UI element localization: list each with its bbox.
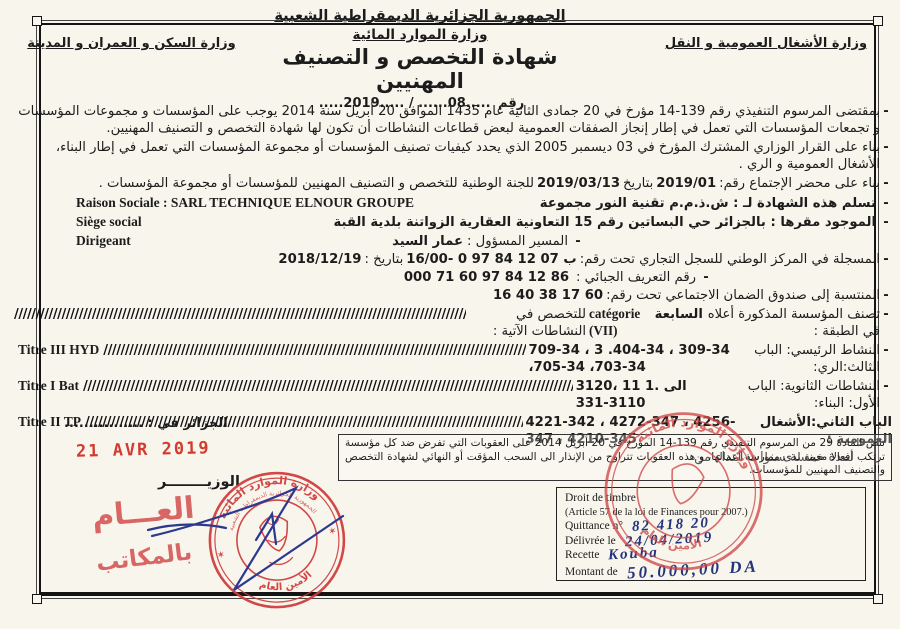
secondary-activity-label: النشاطات الثانوية: الباب الأول: البناء:: [723, 378, 880, 412]
secondary-activity-titre: Titre I Bat: [18, 377, 79, 394]
line-manager: - المسير المسؤول : عمار السيد Dirigeant: [14, 232, 892, 250]
bullet-dash: -: [880, 103, 892, 120]
meeting-date: 2019/03/13: [534, 175, 623, 192]
dirigeant-label: Dirigeant: [76, 232, 131, 249]
bullet-dash: -: [880, 306, 892, 323]
categorie-value: catégorie (VII): [589, 305, 649, 339]
header-center: الجمهورية الجزائرية الديمقراطية الشعبية …: [250, 8, 590, 111]
line-tax-id: - رقم التعريف الجبائي : 000 71 60 97 84 …: [14, 269, 892, 286]
siege-social-label: Siège social: [76, 213, 142, 230]
rc-number: 16/00- 0 97 84 12 ب 07: [403, 251, 579, 268]
frame-corner-ornament: [873, 16, 883, 26]
certificate-page: وزارة السكن و العمران و المدينة وزارة ال…: [0, 0, 900, 629]
manager-name: عمار السيد: [392, 233, 463, 250]
frame-corner-ornament: [873, 594, 883, 604]
main-activity-codes: 709-34 ، 3 .404-34 ، 309-34 ،705-34 ،703…: [526, 342, 749, 376]
bullet-dash: -: [880, 175, 892, 192]
meeting-rest: للجنة الوطنية للتخصص و التصنيف المهنيين …: [99, 175, 534, 192]
frame-corner-ornament: [32, 16, 42, 26]
filler-slashes: ////////////////////////////////////////…: [103, 342, 525, 359]
class-value: السابعة: [655, 306, 703, 323]
meeting-label: بناء على محضر الإجتماع رقم:: [719, 175, 880, 192]
clause-decree: - بمقتضى المرسوم التنفيذي رقم 139-14 مؤر…: [14, 103, 892, 137]
rc-label: المسجلة في المركز الوطني للسجل التجاري ت…: [580, 251, 880, 268]
clause-joint-order: - بناء على القرار الوزاري المشترك المؤرخ…: [14, 139, 892, 173]
main-activity-titre: Titre III HYD: [18, 341, 99, 358]
rc-date-label: بتاريخ :: [364, 251, 403, 268]
main-activity-label: النشاط الرئيسي: الباب الثالث:الري:: [748, 342, 880, 376]
bullet-dash: -: [880, 287, 892, 304]
place-date-line: الجزائر في : ................: [64, 416, 228, 431]
line-main-activity: - النشاط الرئيسي: الباب الثالث:الري: 709…: [14, 341, 892, 376]
manager-label: المسير المسؤول :: [467, 233, 568, 250]
republic-title: الجمهورية الجزائرية الديمقراطية الشعبية: [250, 8, 590, 24]
class-intro: تصنف المؤسسة المذكورة أعلاه في الطبقة :: [706, 306, 880, 340]
cnas-number: 16 40 38 17 60: [490, 287, 606, 304]
address-arabic: الموجود مقرها : بالجزائر حي البساتين رقم…: [333, 214, 876, 231]
bullet-dash: -: [572, 233, 584, 250]
stamp-bottom-arc-text: الأمين العام: [636, 521, 706, 559]
nif-number: 000 71 60 97 84 12 86: [401, 269, 572, 286]
ministry-public-works-label: وزارة الأشغال العمومية و النقل: [646, 36, 886, 51]
line-trade-register: - المسجلة في المركز الوطني للسجل التجاري…: [14, 251, 892, 268]
ministry-water-resources-label: وزارة الموارد المائية: [250, 27, 590, 43]
bullet-dash: -: [700, 269, 712, 286]
ministry-housing-label: وزارة السكن و العمران و المدينة: [24, 36, 239, 51]
line-classification: - تصنف المؤسسة المذكورة أعلاه في الطبقة …: [14, 305, 892, 340]
rc-date: 2018/12/19: [275, 251, 364, 268]
clause-joint-order-text: بناء على القرار الوزاري المشترك المؤرخ ف…: [14, 139, 880, 173]
certificate-body: - بمقتضى المرسوم التنفيذي رقم 139-14 مؤر…: [14, 103, 892, 467]
filler-slashes: ////////////////////////////////////////…: [83, 378, 573, 395]
certificate-title: شهادة التخصص و التصنيف المهنيين: [250, 45, 590, 93]
bullet-dash: -: [880, 214, 892, 231]
nif-label: رقم التعريف الجبائي :: [576, 269, 696, 286]
montant-label: Montant de: [565, 566, 618, 578]
issued-to-arabic: تسلم هذه الشهادة لـ : ش.ذ.م.م تقنية النو…: [540, 195, 876, 212]
line-secondary-activity: - النشاطات الثانوية: الباب الأول: البناء…: [14, 377, 892, 412]
line-social-security: - المنتسبة إلى صندوق الضمان الاجتماعي تح…: [14, 287, 892, 304]
svg-text:الأمين العام: الأمين العام: [636, 521, 706, 559]
date-stamp: 21 AVR 2019: [76, 438, 211, 462]
frame-corner-ornament: [32, 594, 42, 604]
clause-decree-text: بمقتضى المرسوم التنفيذي رقم 139-14 مؤرخ …: [14, 103, 880, 137]
bullet-dash: -: [880, 378, 892, 395]
line-address: - الموجود مقرها : بالجزائر حي البساتين ر…: [14, 213, 892, 231]
meeting-date-word: بتاريخ: [623, 175, 653, 192]
meeting-number: 2019/01: [653, 175, 719, 192]
filler-slashes: ////////////////////////////////////////…: [14, 306, 466, 323]
clause-meeting: - بناء على محضر الإجتماع رقم: 2019/01 بت…: [14, 175, 892, 192]
cnas-label: المنتسبة إلى صندوق الضمان الاجتماعي تحت …: [606, 287, 880, 304]
bullet-dash: -: [880, 139, 892, 156]
bullet-dash: -: [880, 251, 892, 268]
bullet-dash: -: [880, 195, 892, 212]
bullet-dash: -: [880, 342, 892, 359]
line-issued-to: - تسلم هذه الشهادة لـ : ش.ذ.م.م تقنية ال…: [14, 194, 892, 212]
minister-signature: [138, 478, 368, 603]
raison-sociale: Raison Sociale : SARL TECHNIQUE ELNOUR G…: [76, 194, 414, 211]
class-suffix: للتخصص في النشاطات الآتية :: [466, 306, 586, 340]
